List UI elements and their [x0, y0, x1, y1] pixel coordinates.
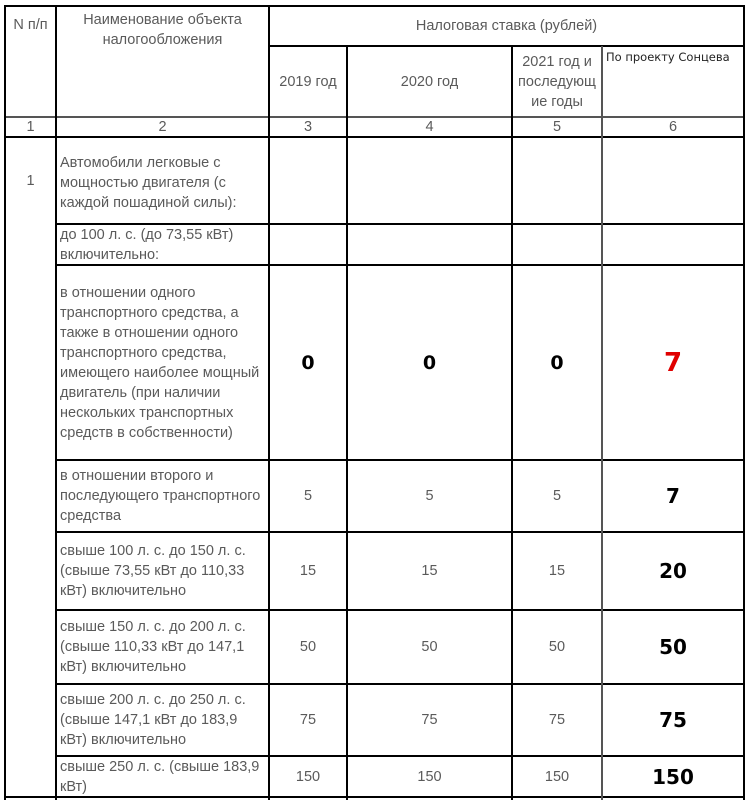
row-name: свыше 200 л. с. до 250 л. с. (свыше 147,…: [56, 684, 269, 756]
value-2019: 5: [269, 460, 347, 532]
colnum-6: 6: [602, 117, 744, 137]
table-border: [56, 531, 745, 533]
value-project: 75: [602, 684, 744, 756]
value-project: 7: [602, 460, 744, 532]
table-border: [56, 609, 745, 611]
row-name: Автомобили легковые с мощностью двигател…: [56, 137, 269, 224]
value-2020: 150: [347, 756, 512, 797]
table-border: [55, 5, 57, 800]
value-project: 50: [602, 610, 744, 684]
value-2021: 15: [512, 532, 602, 610]
value-project: 20: [602, 532, 744, 610]
header-name: Наименование объекта налогообложения: [56, 5, 269, 117]
value-2020: 0: [347, 265, 512, 460]
header-num: N п/п: [5, 5, 56, 117]
table-border: [56, 459, 745, 461]
row-name: в отношении второго и последующего транс…: [56, 460, 269, 532]
table-border: [268, 5, 270, 800]
table-border: [5, 116, 745, 118]
row-name: свыше 100 л. с. до 150 л. с. (свыше 73,5…: [56, 532, 269, 610]
table-border: [56, 755, 745, 757]
value-2020: 15: [347, 532, 512, 610]
header-2019: 2019 год: [269, 46, 347, 117]
value-project-highlight: 7: [602, 265, 744, 460]
table-border: [346, 46, 348, 800]
colnum-1: 1: [5, 117, 56, 137]
header-rate-group: Налоговая ставка (рублей): [269, 5, 744, 46]
value-2021: 5: [512, 460, 602, 532]
value-2019: 75: [269, 684, 347, 756]
table-border: [56, 264, 745, 266]
colnum-2: 2: [56, 117, 269, 137]
table-border: [56, 683, 745, 685]
row-name: свыше 150 л. с. до 200 л. с. (свыше 110,…: [56, 610, 269, 684]
value-2020: 75: [347, 684, 512, 756]
row-number: 1: [5, 137, 56, 224]
colnum-5: 5: [512, 117, 602, 137]
colnum-4: 4: [347, 117, 512, 137]
value-2021: 150: [512, 756, 602, 797]
value-2020: 50: [347, 610, 512, 684]
table-border: [5, 5, 745, 7]
value-2021: 75: [512, 684, 602, 756]
table-border: [5, 136, 745, 138]
table-border: [56, 223, 745, 225]
row-name: в отношении одного транспортного средств…: [56, 265, 269, 460]
row-name: свыше 250 л. с. (свыше 183,9 кВт): [56, 756, 269, 797]
table-border: [5, 796, 745, 798]
value-2019: 15: [269, 532, 347, 610]
value-2021: 0: [512, 265, 602, 460]
colnum-3: 3: [269, 117, 347, 137]
value-2021: 50: [512, 610, 602, 684]
value-2019: 150: [269, 756, 347, 797]
table-border: [511, 46, 513, 800]
header-project: По проекту Сонцева: [602, 46, 744, 117]
value-2019: 0: [269, 265, 347, 460]
header-2021: 2021 год и последующ ие годы: [512, 46, 602, 117]
table-border: [743, 5, 745, 800]
value-2020: 5: [347, 460, 512, 532]
table-border: [269, 45, 745, 47]
table-border: [4, 5, 6, 800]
value-project: 150: [602, 756, 744, 797]
value-2019: 50: [269, 610, 347, 684]
table-border: [601, 46, 603, 800]
header-2020: 2020 год: [347, 46, 512, 117]
row-name: до 100 л. с. (до 73,55 кВт) включительно…: [56, 224, 269, 265]
